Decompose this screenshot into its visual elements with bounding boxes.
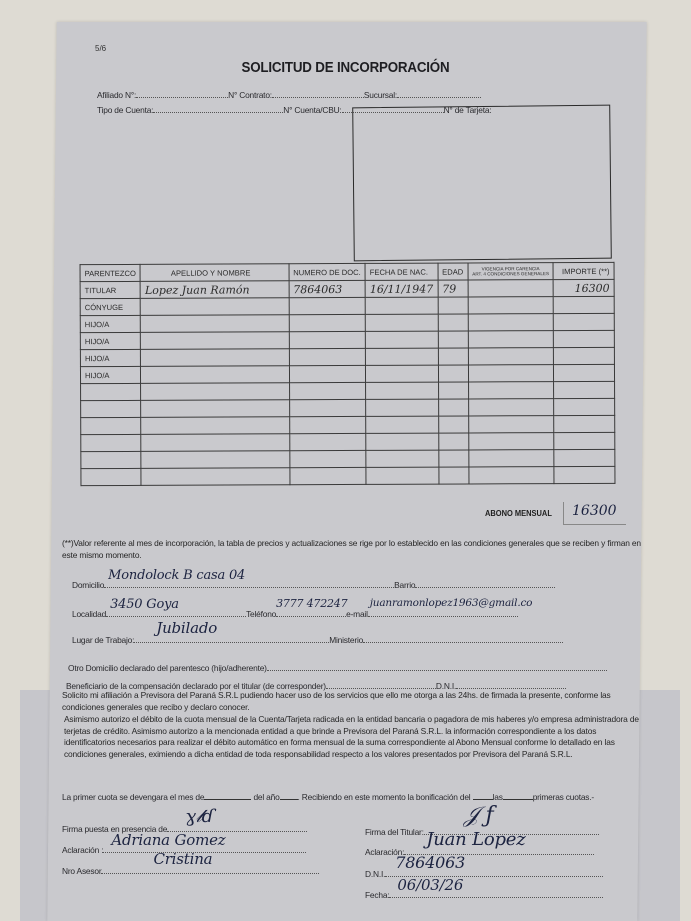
nombre-cell[interactable] [141, 451, 289, 469]
importe-cell[interactable] [554, 449, 615, 466]
email-label: e-mail [346, 609, 368, 619]
firma-titular-label: Firma del Titular: [365, 827, 424, 837]
header-row-1: Afiliado N°:N° Contrato:Sucursal: [97, 88, 481, 100]
doc-cell[interactable] [290, 467, 367, 484]
fecha-value: 06/03/26 [397, 876, 463, 894]
fecha-nac-cell[interactable] [365, 314, 437, 331]
vigencia-subtitle: ART. 4 CONDICIONES GENERALES [472, 271, 549, 276]
anio-field[interactable] [280, 799, 298, 800]
importe-cell[interactable] [554, 364, 615, 381]
doc-cell[interactable] [289, 331, 366, 348]
edad-cell[interactable] [438, 348, 468, 365]
col-edad: EDAD [438, 263, 468, 280]
fecha-nac-cell[interactable] [366, 399, 438, 416]
dni-value: 7864063 [395, 853, 465, 872]
nombre-cell[interactable] [141, 298, 289, 316]
sucursal-label: Sucursal: [364, 90, 397, 100]
vigencia-cell[interactable] [468, 280, 554, 297]
fecha-nac-cell[interactable] [366, 365, 438, 382]
importe-cell[interactable] [554, 398, 615, 415]
localidad-label: Localidad [72, 609, 106, 619]
vigencia-cell[interactable] [469, 467, 555, 484]
importe-cell[interactable] [554, 347, 615, 364]
telefono-label: Teléfono [246, 609, 276, 619]
importe-cell[interactable]: 16300 [554, 279, 615, 296]
parentezco-cell: HIJO/A [80, 349, 140, 366]
importe-cell[interactable] [554, 313, 615, 330]
doc-cell[interactable] [289, 450, 366, 467]
email-value: juanramonlopez1963@gmail.co [370, 597, 533, 609]
parentezco-cell [81, 468, 141, 485]
legal-paragraph-1: Solicito mi afiliación a Previsora del P… [62, 690, 647, 713]
vigencia-cell[interactable] [468, 297, 554, 314]
edad-cell[interactable] [438, 433, 468, 450]
fecha-nac-cell[interactable] [365, 297, 437, 314]
edad-cell[interactable] [438, 314, 468, 331]
fecha-field[interactable]: 06/03/26 [389, 888, 603, 898]
parentezco-cell: CÓNYUGE [80, 298, 140, 315]
importe-cell[interactable] [554, 296, 615, 313]
nombre-cell[interactable] [141, 366, 289, 384]
mes-field[interactable] [204, 799, 251, 800]
cuotas-field[interactable] [503, 799, 533, 800]
asesor-field[interactable]: Cristina [101, 864, 319, 874]
edad-cell[interactable] [438, 450, 468, 467]
col-importe: IMPORTE (**) [553, 262, 614, 279]
witness-signature: ɣ𝓁ɗ [185, 806, 213, 827]
card-photo-box [352, 105, 612, 262]
vigencia-cell[interactable] [469, 450, 555, 467]
importe-cell[interactable] [554, 432, 615, 449]
doc-cell[interactable] [289, 399, 366, 416]
localidad-row: Localidad3450 GoyaTeléfono3777 472247e-m… [72, 607, 518, 619]
fecha-nac-cell[interactable]: 16/11/1947 [365, 280, 437, 297]
afiliado-field[interactable] [136, 88, 228, 98]
col-nombre: APELLIDO Y NOMBRE [140, 264, 288, 282]
sucursal-field[interactable] [397, 88, 481, 98]
parentezco-cell [81, 434, 141, 451]
telefono-value: 3777 472247 [276, 597, 347, 610]
col-vigencia: VIGENCIA POR CARENCIAART. 4 CONDICIONES … [468, 263, 554, 280]
nombre-cell[interactable] [141, 400, 289, 418]
aclaracion-right-value: Juan Lopez [426, 829, 525, 850]
lugar-trabajo-field[interactable]: Jubilado [134, 633, 329, 643]
lugar-trabajo-label: Lugar de Trabajo: [72, 635, 134, 645]
doc-cell[interactable] [289, 365, 366, 382]
parentezco-cell: HIJO/A [80, 366, 140, 383]
doc-cell[interactable] [289, 314, 366, 331]
importe-cell[interactable] [554, 381, 615, 398]
members-table: PARENTEZCO APELLIDO Y NOMBRE NUMERO DE D… [80, 262, 616, 486]
localidad-value: 3450 Goya [110, 597, 179, 612]
nombre-cell[interactable] [141, 315, 289, 333]
table-row [81, 466, 615, 485]
nombre-cell[interactable] [141, 468, 289, 486]
vigencia-cell[interactable] [468, 314, 554, 331]
fecha-nac-cell[interactable] [366, 450, 438, 467]
email-field[interactable]: juanramonlopez1963@gmail.co [368, 607, 518, 617]
dni-label: D.N.I. [365, 869, 385, 879]
doc-cell[interactable] [289, 382, 366, 399]
col-doc: NUMERO DE DOC. [289, 263, 366, 280]
aclaracion-left-label: Aclaración : [62, 845, 103, 855]
asesor-label: Nro Asesor [62, 866, 101, 876]
abono-label: ABONO MENSUAL [485, 508, 552, 518]
nombre-cell[interactable]: Lopez Juan Ramón [140, 281, 288, 299]
beneficiario-field[interactable] [326, 679, 436, 689]
nombre-cell[interactable] [141, 332, 289, 350]
barrio-label: Barrio [394, 580, 415, 590]
otro-domicilio-label: Otro Domicilio declarado del parentesco … [68, 663, 267, 673]
edad-cell[interactable] [438, 399, 468, 416]
ministerio-label: Ministerio [329, 635, 363, 645]
nombre-cell[interactable] [141, 349, 289, 367]
parentezco-cell [81, 400, 141, 417]
fecha-row: Fecha:06/03/26 [365, 888, 603, 900]
contrato-field[interactable] [272, 88, 364, 98]
doc-cell[interactable] [289, 416, 366, 433]
abono-value[interactable]: 16300 [572, 503, 617, 519]
doc-cell[interactable] [289, 433, 366, 450]
barrio-field[interactable] [415, 578, 555, 588]
fecha-nac-cell[interactable] [365, 331, 437, 348]
parentezco-cell: TITULAR [80, 281, 140, 298]
parentezco-cell: HIJO/A [80, 315, 140, 332]
bonificacion-field[interactable] [473, 799, 493, 800]
parentezco-cell [81, 417, 141, 434]
edad-cell[interactable]: 79 [438, 280, 468, 297]
vigencia-cell[interactable] [468, 331, 554, 348]
parentezco-cell [81, 451, 141, 468]
nombre-cell[interactable] [141, 417, 289, 435]
aclaracion-left-value: Adriana Gomez [111, 831, 225, 849]
legal-paragraph-2: Asimismo autorizo el débito de la cuota … [64, 714, 647, 760]
form-title: SOLICITUD DE INCORPORACIÓN [28, 60, 664, 76]
las-text: las [493, 792, 503, 802]
contrato-label: N° Contrato: [228, 90, 272, 100]
trabajo-row: Lugar de Trabajo:JubiladoMinisterio [72, 633, 563, 645]
col-fecha-nac: FECHA DE NAC. [365, 263, 437, 280]
cuenta-cbu-label: N° Cuenta/CBU: [283, 105, 341, 115]
vigencia-cell[interactable] [468, 365, 554, 382]
importe-cell[interactable] [554, 415, 615, 432]
vigencia-cell[interactable] [468, 348, 554, 365]
anio-text: del año [253, 792, 279, 802]
domicilio-row: DomicilioMondolock B casa 04Barrio [72, 578, 555, 590]
doc-cell[interactable] [289, 297, 366, 314]
primeras-cuotas-text: primeras cuotas.- [533, 792, 594, 802]
edad-cell[interactable] [438, 416, 468, 433]
edad-cell[interactable] [438, 365, 468, 382]
doc-cell[interactable] [289, 348, 366, 365]
primer-cuota-row: La primer cuota se devengara el mes de d… [62, 792, 594, 802]
footnote: (**)Valor referente al mes de incorporac… [62, 538, 642, 561]
domicilio-value: Mondolock B casa 04 [108, 568, 245, 583]
fecha-nac-cell[interactable] [366, 348, 438, 365]
page-number: 5/6 [95, 44, 106, 53]
importe-cell[interactable] [554, 466, 615, 483]
vigencia-cell[interactable] [468, 433, 554, 450]
edad-cell[interactable] [438, 331, 468, 348]
fecha-nac-cell[interactable] [366, 433, 438, 450]
titular-signature: 𝒥 ƒ [464, 803, 494, 828]
bonificacion-text: . Recibiendo en este momento la bonifica… [298, 792, 471, 802]
lugar-trabajo-value: Jubilado [156, 619, 217, 637]
localidad-field[interactable]: 3450 Goya [106, 607, 246, 617]
fecha-nac-cell[interactable] [366, 416, 438, 433]
vigencia-cell[interactable] [468, 399, 554, 416]
beneficiario-dni-field[interactable] [456, 679, 566, 689]
col-parentezco: PARENTEZCO [80, 264, 140, 281]
domicilio-field[interactable]: Mondolock B casa 04 [104, 578, 394, 588]
tipo-cuenta-label: Tipo de Cuenta: [97, 105, 153, 115]
domicilio-label: Domicilio [72, 580, 104, 590]
doc-cell[interactable]: 7864063 [289, 280, 366, 297]
fecha-label: Fecha: [365, 890, 389, 900]
importe-cell[interactable] [554, 330, 615, 347]
otro-domicilio-row: Otro Domicilio declarado del parentesco … [68, 661, 607, 673]
afiliado-label: Afiliado N°: [97, 90, 136, 100]
parentezco-cell [81, 383, 141, 400]
asesor-row: Nro AsesorCristina [62, 864, 319, 876]
primer-cuota-text: La primer cuota se devengara el mes de [62, 792, 204, 802]
fecha-nac-cell[interactable] [366, 467, 438, 484]
otro-domicilio-field[interactable] [267, 661, 607, 671]
edad-cell[interactable] [438, 467, 468, 484]
vigencia-cell[interactable] [468, 416, 554, 433]
asesor-value: Cristina [153, 850, 212, 868]
parentezco-cell: HIJO/A [80, 332, 140, 349]
fecha-nac-cell[interactable] [366, 382, 438, 399]
ministerio-field[interactable] [363, 633, 563, 643]
nombre-cell[interactable] [141, 383, 289, 401]
edad-cell[interactable] [438, 382, 468, 399]
vigencia-cell[interactable] [468, 382, 554, 399]
edad-cell[interactable] [438, 297, 468, 314]
telefono-field[interactable]: 3777 472247 [276, 607, 346, 617]
tipo-cuenta-field[interactable] [153, 103, 283, 113]
nombre-cell[interactable] [141, 434, 289, 452]
